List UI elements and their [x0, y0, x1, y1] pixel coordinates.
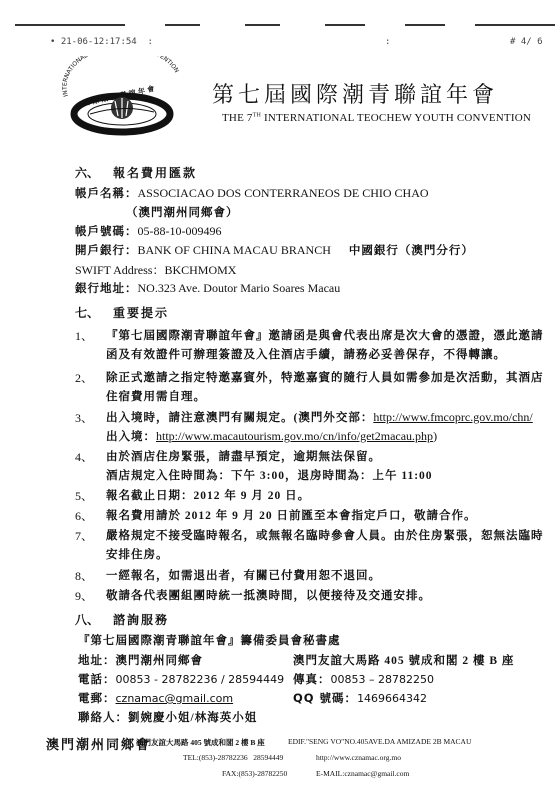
swift-label: SWIFT Address：: [75, 263, 164, 277]
item-text: 安排住房。: [106, 546, 169, 562]
item-number: 7、: [75, 527, 93, 544]
item-number: 9、: [75, 587, 93, 604]
footer-address-cn: 澳門友誼大馬路 405 號成和閣 2 樓 B 座: [136, 737, 265, 748]
bank-label: 開戶銀行：: [75, 245, 138, 257]
item-text: 出入境時，請注意澳門有關規定。(澳門外交部：http://www.fmcoprc…: [106, 409, 533, 425]
item-number: 5、: [75, 487, 93, 504]
scan-line: [165, 24, 200, 26]
swift-value: BKCHMOMX: [164, 263, 236, 277]
address-detail: 澳門友誼大馬路 405 號成和閣 2 樓 B 座: [293, 652, 514, 668]
item-text: 嚴格規定不接受臨時報名，或無報名臨時參會人員。由於住房緊張，恕無法臨時: [106, 527, 544, 543]
scan-line: [245, 24, 280, 26]
fax-row: 傳真：00853 – 28782250: [293, 671, 434, 687]
fax-separator: :: [385, 37, 390, 47]
item-text: 報名費用請於 2012 年 9 月 20 日前匯至本會指定戶口，敬請合作。: [106, 507, 477, 523]
bank-value: BANK OF CHINA MACAU BRANCH: [138, 243, 331, 257]
email-row: 電郵：cznamac@gmail.com: [78, 690, 233, 706]
item-number: 6、: [75, 507, 93, 524]
contact-row: 聯絡人：劉婉慶小姐/林海英小姐: [78, 709, 257, 725]
scan-line: [405, 24, 445, 26]
fax-timestamp: • 21-06-12:17:54 :: [50, 37, 153, 47]
section8-number: 八、: [75, 611, 99, 628]
account-name-label: 帳戶名稱：: [75, 188, 138, 200]
bank-row: 開戶銀行：BANK OF CHINA MACAU BRANCH中國銀行（澳門分行…: [75, 242, 474, 258]
item-text: 『第七屆國際潮青聯誼年會』邀請函是與會代表出席是次大會的憑證，憑此邀請: [106, 327, 544, 343]
footer-tel: TEL:(853)-28782236 28594449: [183, 753, 283, 762]
section7-heading: 重要提示: [113, 304, 169, 321]
section8-heading: 諮詢服務: [113, 611, 169, 628]
separator: :: [148, 37, 153, 47]
scan-line: [325, 24, 365, 26]
account-name-value: ASSOCIACAO DOS CONTERRANEOS DE CHIO CHAO: [138, 186, 429, 200]
item-text: 除正式邀請之指定特邀嘉賓外，特邀嘉賓的隨行人員如需參加是次活動，其酒店: [106, 369, 544, 385]
account-number-row: 帳戶號碼：05-88-10-009496: [75, 223, 222, 239]
item-number: 3、: [75, 409, 93, 426]
account-name-row: 帳戶名稱：ASSOCIACAO DOS CONTERRANEOS DE CHIO…: [75, 185, 429, 201]
qq-row: QQ 號碼：1469664342: [293, 690, 427, 706]
account-number-label: 帳戶號碼：: [75, 226, 138, 238]
section7-number: 七、: [75, 304, 99, 321]
logo-emblem-icon: INTERNATIONAL TEOCHEW YOUTH CONVENTION 國…: [60, 56, 185, 136]
tel-row: 電話：00853 - 28782236 / 28594449: [78, 671, 284, 687]
footer-address-en: EDIF."SENG VO"NO.405AVE.DA AMIZADE 2B MA…: [288, 737, 471, 746]
footer-fax: FAX:(853)-28782250: [222, 769, 287, 778]
section6-number: 六、: [75, 164, 99, 181]
swift-row: SWIFT Address：BKCHMOMX: [75, 261, 236, 278]
item-text: 一經報名，如需退出者，有關已付費用恕不退回。: [106, 567, 381, 583]
item-text: 住宿費用需自理。: [106, 388, 206, 404]
item-text: 酒店規定入住時間為：下午 3:00，退房時間為：上午 11:00: [106, 467, 433, 483]
item-text: 由於酒店住房緊張，請盡早預定，逾期無法保留。: [106, 448, 381, 464]
bank-address-value: NO.323 Ave. Doutor Mario Soares Macau: [138, 281, 341, 295]
item-text: 出入境：http://www.macautourism.gov.mo/cn/in…: [106, 428, 437, 444]
footer-email: E-MAIL:cznamac@gmail.com: [316, 769, 409, 778]
scan-line: [475, 24, 555, 26]
address-row: 地址：澳門潮州同鄉會: [78, 652, 203, 668]
item-number: 1、: [75, 327, 93, 344]
item-number: 2、: [75, 369, 93, 386]
item-text: 敬請各代表團組團時統一抵澳時間，以便接待及交通安排。: [106, 587, 431, 603]
timestamp-text: 21-06-12:17:54: [61, 37, 137, 47]
bank-address-row: 銀行地址：NO.323 Ave. Doutor Mario Soares Mac…: [75, 280, 340, 296]
convention-title-cn: 第七屆國際潮青聯誼年會: [212, 78, 498, 109]
item-text: 函及有效證件可辦理簽證及入住酒店手續，請務必妥善保存，不得轉讓。: [106, 346, 506, 362]
item-text: 報名截止日期：2012 年 9 月 20 日。: [106, 487, 310, 503]
account-name-cn: （澳門潮州同鄉會）: [126, 204, 239, 220]
bank-cn: 中國銀行（澳門分行）: [349, 245, 474, 257]
account-number-value: 05-88-10-009496: [138, 224, 222, 238]
item-number: 8、: [75, 567, 93, 584]
scan-line: [15, 24, 125, 26]
tourism-link[interactable]: http://www.macautourism.gov.mo/cn/info/g…: [156, 429, 433, 443]
convention-title-en: THE 7TH INTERNATIONAL TEOCHEW YOUTH CONV…: [222, 112, 531, 124]
fax-page-number: # 4/ 6: [510, 37, 543, 47]
email-link[interactable]: cznamac@gmail.com: [116, 692, 234, 705]
item-number: 4、: [75, 448, 93, 465]
convention-logo: INTERNATIONAL TEOCHEW YOUTH CONVENTION 國…: [60, 56, 185, 136]
section6-heading: 報名費用匯款: [113, 164, 197, 181]
secretariat-org: 『第七屆國際潮青聯誼年會』籌備委員會秘書處: [78, 632, 341, 648]
mfa-link[interactable]: http://www.fmcoprc.gov.mo/chn/: [373, 410, 532, 424]
bank-address-label: 銀行地址：: [75, 283, 138, 295]
footer-website: http://www.cznamac.org.mo: [316, 753, 401, 762]
